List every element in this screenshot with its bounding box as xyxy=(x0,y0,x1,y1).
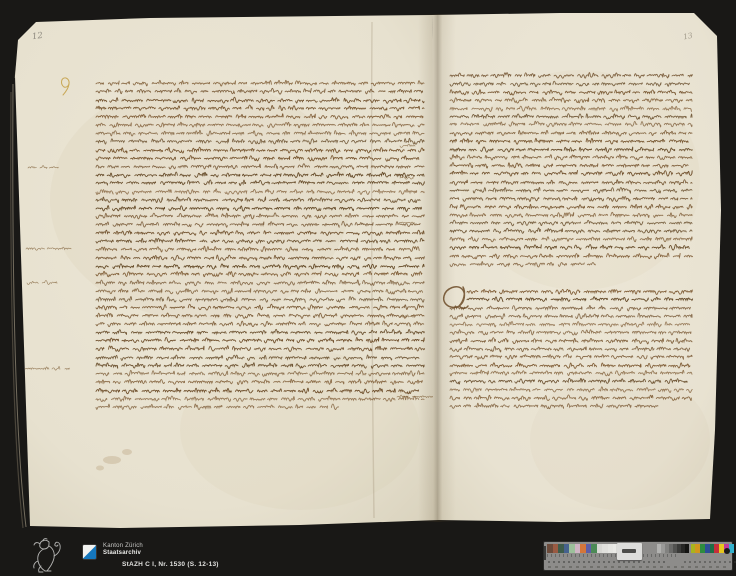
scan-stage: 12 13 Kanton Zürich Staatsarchiv StAZH C… xyxy=(0,0,736,576)
micro-text-line xyxy=(684,561,736,563)
archive-name-line1: Kanton Zürich xyxy=(103,543,143,550)
book-scan: 12 13 xyxy=(0,0,736,576)
ink-stain xyxy=(103,456,121,464)
archive-footer: Kanton Zürich Staatsarchiv StAZH C I, Nr… xyxy=(25,536,143,574)
archive-name-line2: Staatsarchiv xyxy=(103,550,143,557)
micro-text-line xyxy=(548,566,728,568)
folio-number-left: 12 xyxy=(31,31,43,42)
strip-center-tab xyxy=(617,543,642,560)
patch-number-ticks xyxy=(547,554,677,557)
strip-start-mark xyxy=(544,546,546,560)
ink-stain xyxy=(96,466,104,471)
strip-tab-label xyxy=(622,549,636,553)
color-calibration-strip xyxy=(544,542,732,570)
archive-name: Kanton Zürich Staatsarchiv xyxy=(103,543,143,557)
zurich-lion-logo-icon xyxy=(25,536,67,573)
shelfmark-label: StAZH C I, Nr. 1530 (S. 12-13) xyxy=(122,561,219,568)
micro-text-line xyxy=(548,561,668,563)
ink-stain xyxy=(122,449,132,455)
zurich-coat-of-arms xyxy=(83,545,96,559)
strip-end-dot xyxy=(724,548,730,554)
